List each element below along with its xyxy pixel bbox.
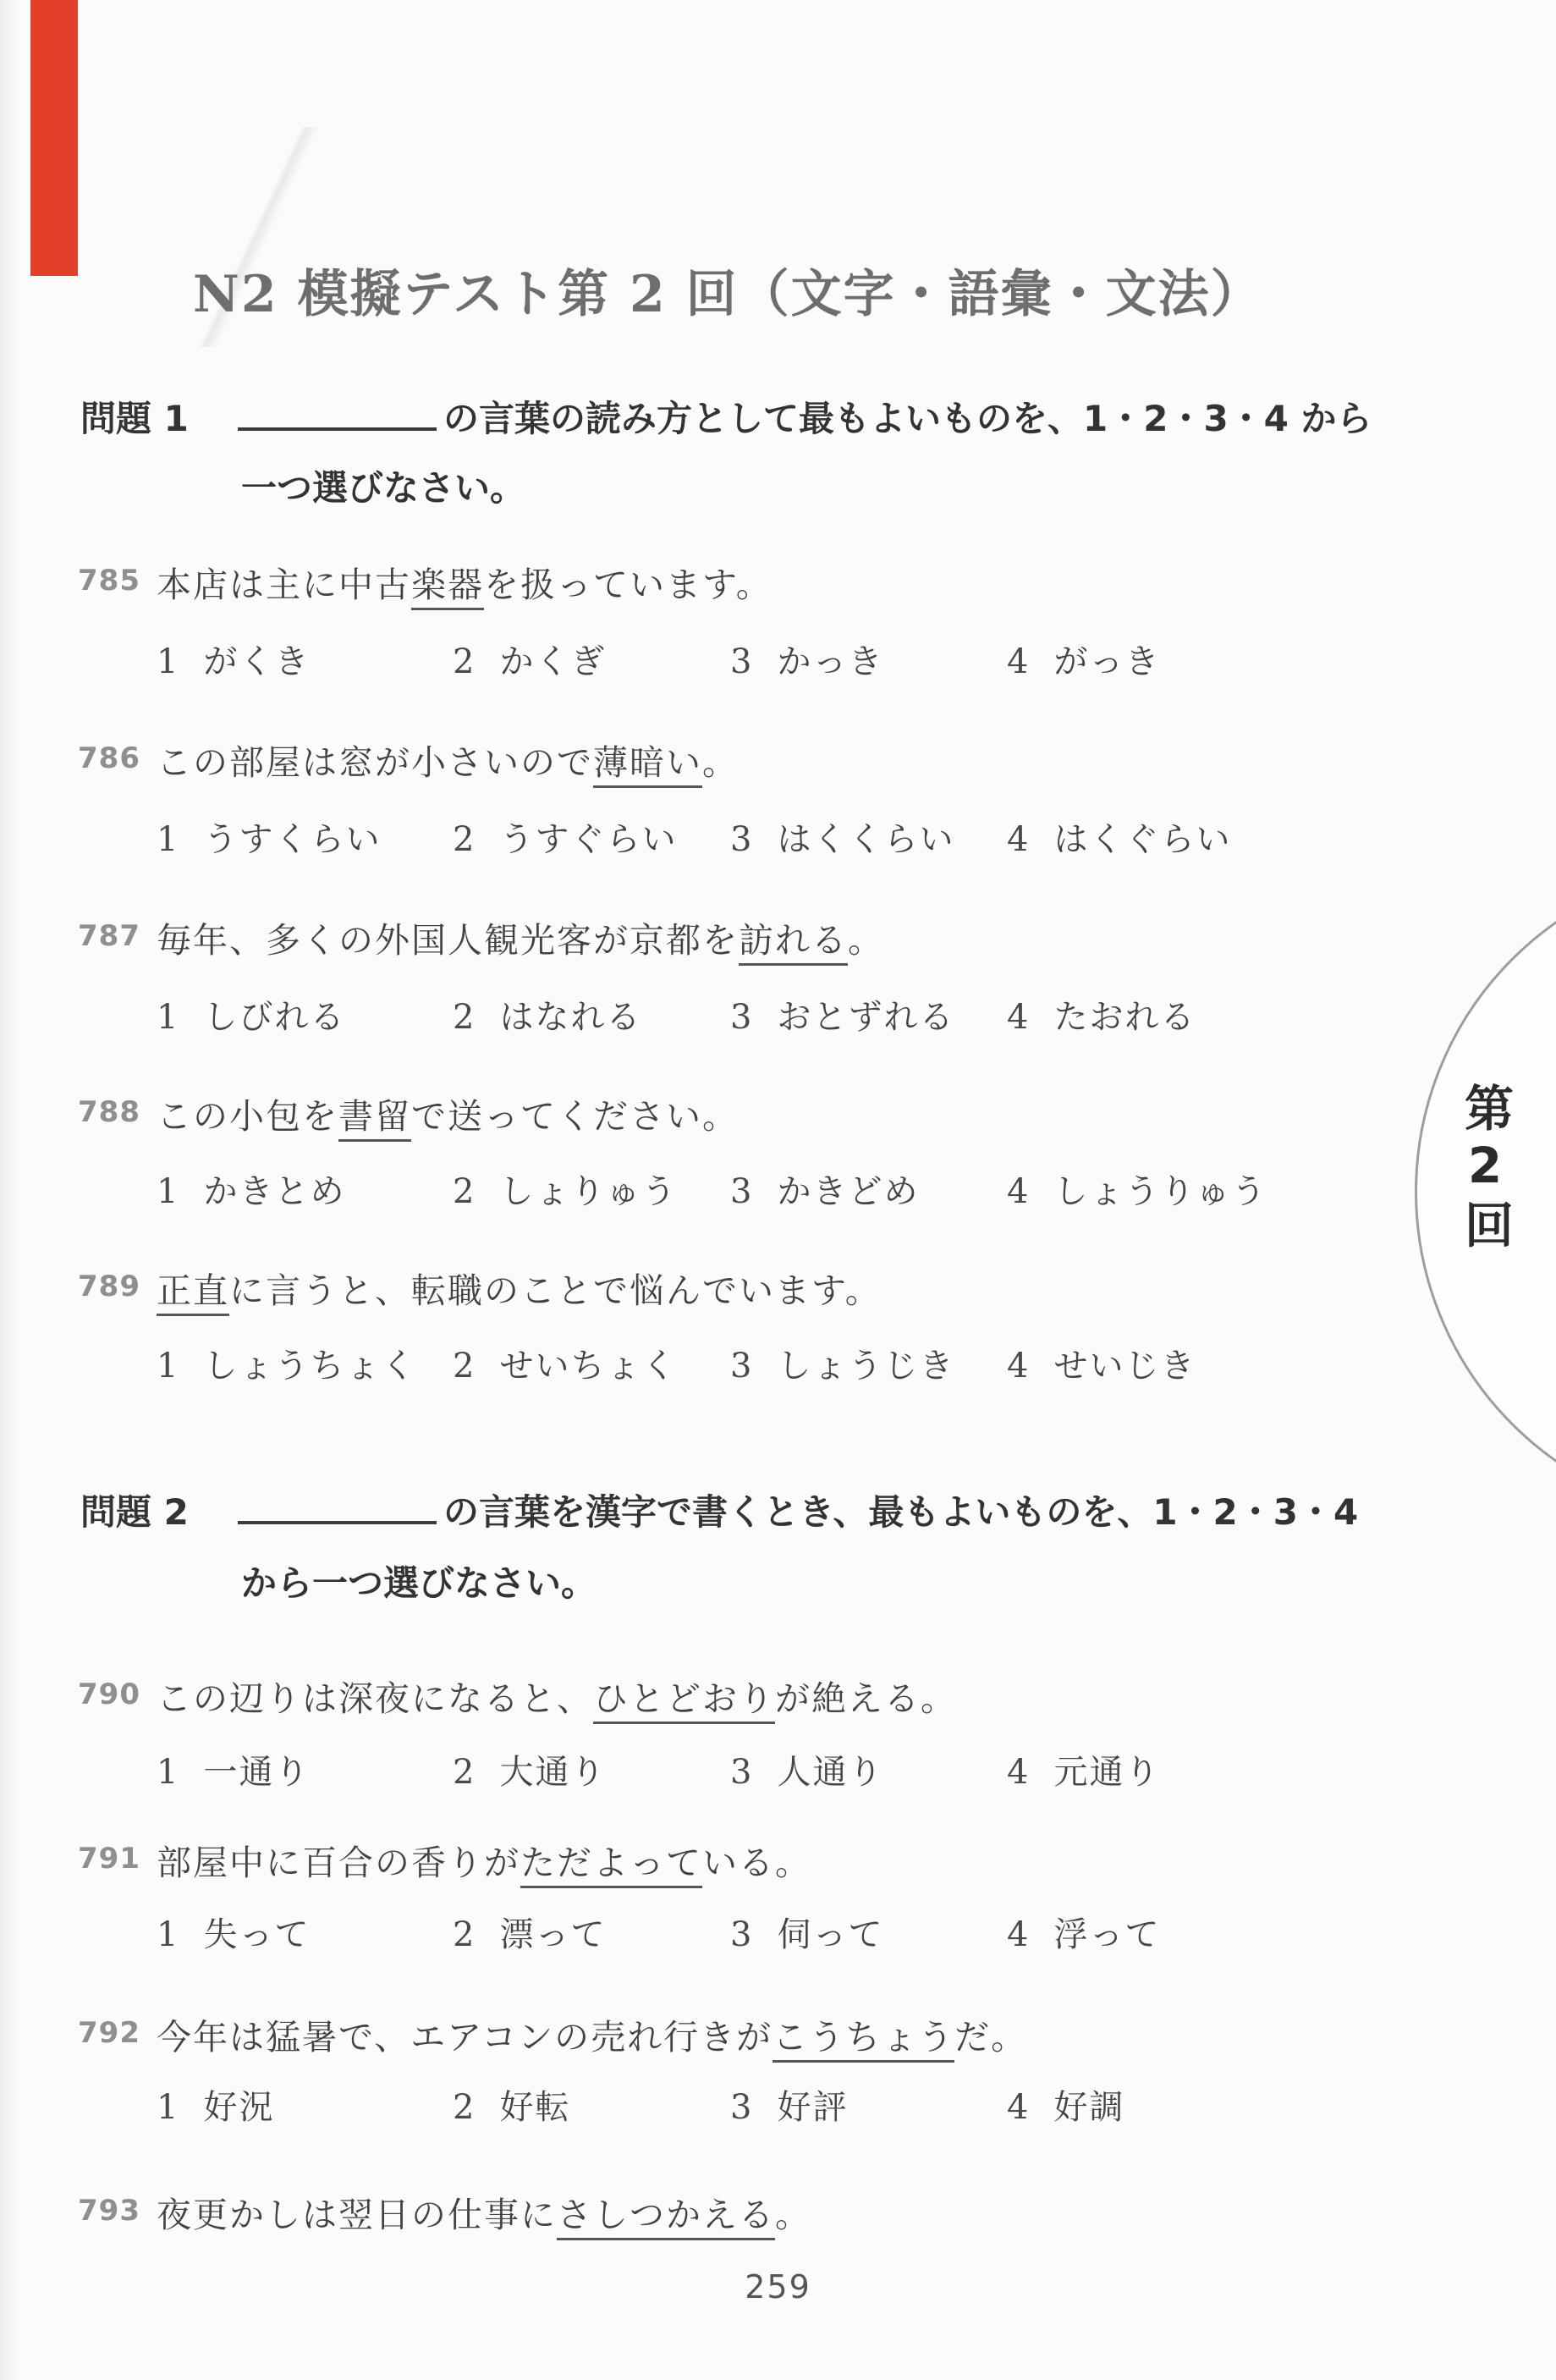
option-number: 3 <box>730 1753 751 1792</box>
question-sentence: 正直に言うと、転職のことで悩んでいます。 <box>157 1263 882 1313</box>
sentence-post: 。 <box>775 2195 811 2235</box>
scanned-test-page: { "page": { "title": "N2 模擬テスト第 2 回（文字・語… <box>0 0 1556 2380</box>
option-text: 伺って <box>777 1915 883 1954</box>
option-text: はくぐらい <box>1053 820 1231 859</box>
option-number: 2 <box>453 1753 474 1792</box>
option-3: 3かきどめ <box>730 1165 919 1213</box>
side-tab-circle: 第2回 <box>1415 862 1556 1522</box>
question-sentence: 夜更かしは翌日の仕事にさしつかえる。 <box>157 2187 811 2237</box>
question-sentence: 今年は猛暑で、エアコンの売れ行きがこうちょうだ。 <box>157 2009 1027 2059</box>
option-number: 3 <box>730 1347 751 1386</box>
sentence-pre: この部屋は窓が小さいので <box>157 742 593 783</box>
scan-edge-shadow <box>0 0 22 2380</box>
options-row: 1一通り 2大通り 3人通り 4元通り <box>157 1745 1426 1791</box>
blank-underline <box>238 1487 437 1524</box>
sentence-pre: 夜更かしは翌日の仕事に <box>157 2195 557 2235</box>
option-text: はなれる <box>499 998 641 1037</box>
option-number: 1 <box>157 1915 178 1954</box>
section2-instruction: の言葉を漢字で書くとき、最もよいものを、1・2・3・4 <box>443 1491 1358 1533</box>
question-sentence: 本店は主に中古楽器を扱っています。 <box>157 557 773 607</box>
section1-label: 問題 1 <box>80 391 207 442</box>
sentence-post: に言うと、転職のことで悩んでいます。 <box>229 1270 882 1311</box>
option-3: 3しょうじき <box>730 1339 954 1387</box>
option-text: 元通り <box>1053 1753 1160 1792</box>
question-number: 786 <box>78 741 140 775</box>
option-number: 4 <box>1007 998 1028 1037</box>
underlined-word: 正直 <box>157 1270 229 1316</box>
option-3: 3おとずれる <box>730 990 954 1038</box>
option-text: せいじき <box>1053 1347 1196 1386</box>
sentence-post: が絶える。 <box>775 1678 957 1719</box>
option-number: 2 <box>453 998 474 1037</box>
section1-header: 問題 1の言葉の読み方として最もよいものを、1・2・3・4 から <box>80 391 1372 442</box>
underlined-word: 楽器 <box>411 565 484 610</box>
options-row: 1好況 2好転 3好評 4好調 <box>157 2080 1426 2126</box>
option-text: しょりゅう <box>499 1172 677 1211</box>
option-number: 2 <box>453 1172 474 1211</box>
sentence-pre: 部屋中に百合の香りが <box>157 1843 520 1883</box>
option-number: 1 <box>157 998 178 1037</box>
underlined-word: こうちょう <box>773 2017 954 2063</box>
option-4: 4がっき <box>1007 635 1160 683</box>
option-1: 1一通り <box>157 1745 310 1793</box>
question-number: 788 <box>78 1095 140 1129</box>
option-4: 4好調 <box>1007 2080 1124 2129</box>
question-number: 787 <box>78 919 140 953</box>
option-number: 4 <box>1007 820 1028 859</box>
option-number: 2 <box>453 820 474 859</box>
red-edge-stripe <box>30 0 78 276</box>
section1-instruction: の言葉の読み方として最もよいものを、1・2・3・4 から <box>443 398 1372 439</box>
blank-underline <box>238 394 437 431</box>
option-number: 1 <box>157 642 178 681</box>
option-text: がくき <box>203 642 310 681</box>
sentence-pre: 毎年、多くの外国人観光客が京都を <box>157 920 739 961</box>
option-text: 好評 <box>777 2088 848 2127</box>
section1-instruction-line2: 一つ選びなさい。 <box>241 460 525 511</box>
sentence-pre: この小包を <box>157 1096 338 1137</box>
option-1: 1がくき <box>157 635 310 683</box>
option-number: 4 <box>1007 1753 1028 1792</box>
option-text: うすぐらい <box>499 820 677 859</box>
option-number: 3 <box>730 2088 751 2127</box>
option-text: 大通り <box>499 1753 606 1792</box>
underlined-word: さしつかえる <box>557 2195 775 2240</box>
sentence-post: で送ってください。 <box>411 1096 739 1137</box>
sentence-pre: この辺りは深夜になると、 <box>157 1678 593 1719</box>
option-text: かっき <box>777 642 883 681</box>
option-4: 4元通り <box>1007 1745 1160 1793</box>
options-row: 1うすくらい 2うすぐらい 3はくくらい 4はくぐらい <box>157 813 1426 858</box>
option-3: 3はくくらい <box>730 813 954 861</box>
option-number: 2 <box>453 2088 474 2127</box>
underlined-word: ひとどおり <box>593 1678 775 1724</box>
side-tab-label: 第2回 <box>1449 1083 1520 1253</box>
options-row: 1がくき 2かくぎ 3かっき 4がっき <box>157 635 1426 680</box>
option-text: しょうりゅう <box>1053 1172 1267 1211</box>
option-1: 1かきとめ <box>157 1165 345 1213</box>
option-number: 1 <box>157 1172 178 1211</box>
option-text: 好況 <box>203 2088 274 2127</box>
question-number: 793 <box>78 2194 140 2228</box>
question-sentence: この部屋は窓が小さいので薄暗い。 <box>157 735 739 785</box>
question-number: 785 <box>78 564 140 598</box>
option-2: 2しょりゅう <box>453 1165 677 1213</box>
question-number: 791 <box>78 1842 140 1876</box>
sentence-post: を扱っています。 <box>484 565 773 605</box>
option-number: 3 <box>730 1915 751 1954</box>
underlined-word: ただよって <box>520 1843 702 1888</box>
option-1: 1失って <box>157 1908 310 1956</box>
underlined-word: 訪れる <box>739 920 848 966</box>
option-text: かきとめ <box>203 1172 345 1211</box>
options-row: 1しょうちょく 2せいちょく 3しょうじき 4せいじき <box>157 1339 1426 1385</box>
option-4: 4はくぐらい <box>1007 813 1231 861</box>
option-text: しょうじき <box>777 1347 954 1386</box>
option-4: 4せいじき <box>1007 1339 1196 1387</box>
option-1: 1しょうちょく <box>157 1339 416 1387</box>
option-3: 3かっき <box>730 635 883 683</box>
option-2: 2かくぎ <box>453 635 606 683</box>
option-2: 2好転 <box>453 2080 570 2129</box>
option-text: せいちょく <box>499 1347 677 1386</box>
option-2: 2せいちょく <box>453 1339 677 1387</box>
option-text: うすくらい <box>203 820 381 859</box>
option-number: 4 <box>1007 1915 1028 1954</box>
section2-header: 問題 2の言葉を漢字で書くとき、最もよいものを、1・2・3・4 <box>80 1485 1358 1535</box>
sentence-pre: 今年は猛暑で、エアコンの売れ行きが <box>157 2017 773 2058</box>
option-text: がっき <box>1053 642 1160 681</box>
option-2: 2漂って <box>453 1908 606 1956</box>
option-number: 3 <box>730 998 751 1037</box>
option-2: 2はなれる <box>453 990 641 1038</box>
option-4: 4たおれる <box>1007 990 1196 1038</box>
options-row: 1しびれる 2はなれる 3おとずれる 4たおれる <box>157 990 1426 1036</box>
option-number: 3 <box>730 1172 751 1211</box>
option-3: 3人通り <box>730 1745 883 1793</box>
option-text: 好転 <box>499 2088 570 2127</box>
page-title: N2 模擬テスト第 2 回（文字・語彙・文法） <box>193 254 1259 327</box>
option-text: しびれる <box>203 998 345 1037</box>
underlined-word: 薄暗い <box>593 742 702 788</box>
options-row: 1かきとめ 2しょりゅう 3かきどめ 4しょうりゅう <box>157 1165 1426 1210</box>
option-number: 4 <box>1007 2088 1028 2127</box>
option-1: 1うすくらい <box>157 813 381 861</box>
question-sentence: この辺りは深夜になると、ひとどおりが絶える。 <box>157 1671 957 1721</box>
option-number: 4 <box>1007 642 1028 681</box>
sentence-pre: 本店は主に中古 <box>157 565 411 605</box>
option-text: 失って <box>203 1915 310 1954</box>
sentence-post: だ。 <box>954 2017 1027 2058</box>
option-text: かきどめ <box>777 1172 919 1211</box>
option-2: 2うすぐらい <box>453 813 677 861</box>
option-number: 2 <box>453 1347 474 1386</box>
option-text: おとずれる <box>777 998 954 1037</box>
question-number: 790 <box>78 1678 140 1711</box>
option-number: 4 <box>1007 1347 1028 1386</box>
option-number: 3 <box>730 820 751 859</box>
options-row: 1失って 2漂って 3伺って 4浮って <box>157 1908 1426 1953</box>
question-sentence: 毎年、多くの外国人観光客が京都を訪れる。 <box>157 912 884 962</box>
option-4: 4しょうりゅう <box>1007 1165 1267 1213</box>
option-text: 一通り <box>203 1753 310 1792</box>
option-text: 漂って <box>499 1915 606 1954</box>
option-text: たおれる <box>1053 998 1196 1037</box>
sentence-post: いる。 <box>702 1843 811 1883</box>
sentence-post: 。 <box>848 920 884 961</box>
section2-instruction-line2: から一つ選びなさい。 <box>241 1556 597 1606</box>
option-3: 3伺って <box>730 1908 883 1956</box>
page-number: 259 <box>0 2268 1556 2306</box>
option-text: 好調 <box>1053 2088 1124 2127</box>
sentence-post: 。 <box>702 742 739 783</box>
option-number: 2 <box>453 642 474 681</box>
option-number: 4 <box>1007 1172 1028 1211</box>
option-1: 1好況 <box>157 2080 274 2129</box>
option-text: 浮って <box>1053 1915 1160 1954</box>
option-3: 3好評 <box>730 2080 848 2129</box>
option-number: 2 <box>453 1915 474 1954</box>
option-number: 1 <box>157 1347 178 1386</box>
option-text: はくくらい <box>777 820 954 859</box>
question-sentence: 部屋中に百合の香りがただよっている。 <box>157 1835 811 1885</box>
option-text: かくぎ <box>499 642 606 681</box>
section2-label: 問題 2 <box>80 1485 207 1535</box>
question-sentence: この小包を書留で送ってください。 <box>157 1088 739 1138</box>
option-number: 3 <box>730 642 751 681</box>
underlined-word: 書留 <box>338 1096 411 1142</box>
option-4: 4浮って <box>1007 1908 1160 1956</box>
option-1: 1しびれる <box>157 990 345 1038</box>
option-number: 1 <box>157 2088 178 2127</box>
option-text: しょうちょく <box>203 1347 416 1386</box>
option-number: 1 <box>157 1753 178 1792</box>
question-number: 792 <box>78 2016 140 2050</box>
option-text: 人通り <box>777 1753 883 1792</box>
option-2: 2大通り <box>453 1745 606 1793</box>
option-number: 1 <box>157 820 178 859</box>
question-number: 789 <box>78 1270 140 1303</box>
